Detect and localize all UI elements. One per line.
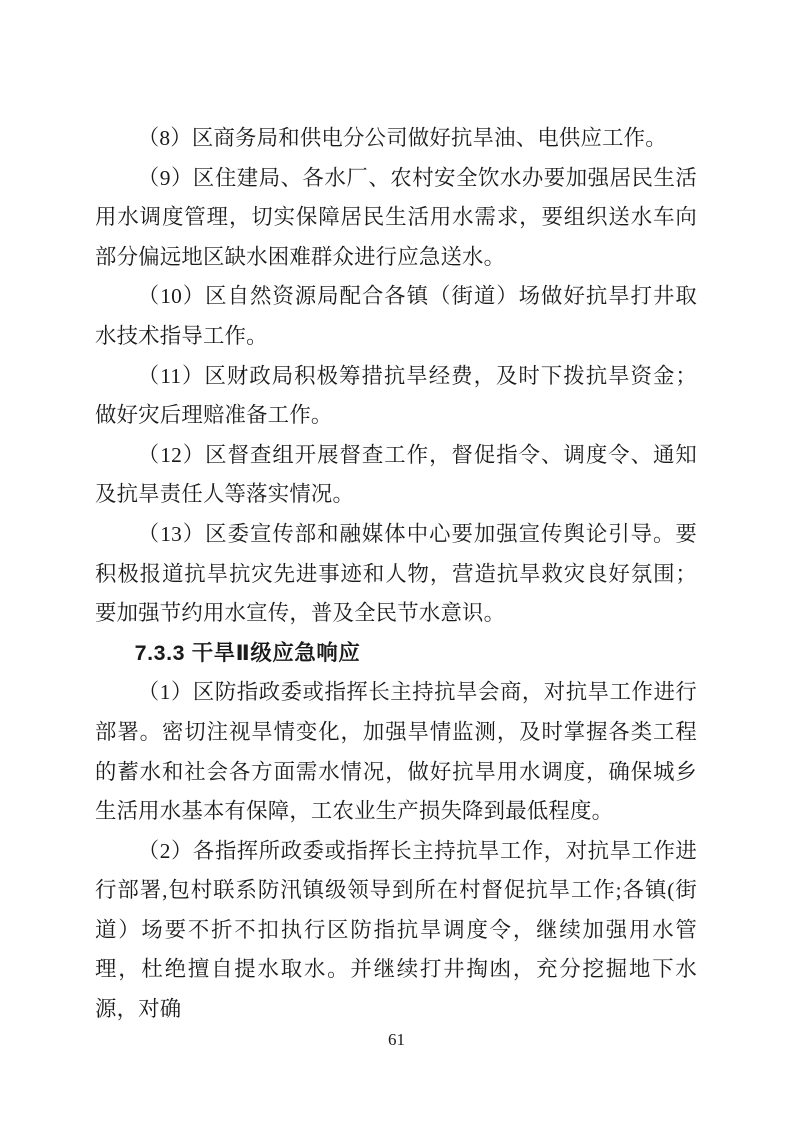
paragraph: （12）区督查组开展督查工作，督促指令、调度令、通知及抗旱责任人等落实情况。 [95,436,697,515]
paragraph: （2）各指挥所政委或指挥长主持抗旱工作，对抗旱工作进行部署,包村联系防汛镇级领导… [95,832,697,1030]
paragraph: （1）区防指政委或指挥长主持抗旱会商，对抗旱工作进行部署。密切注视旱情变化，加强… [95,673,697,831]
paragraph: （8）区商务局和供电分公司做好抗旱油、电供应工作。 [95,119,697,159]
section-heading: 7.3.3 干旱Ⅱ级应急响应 [95,634,697,674]
page-number: 61 [388,1030,405,1049]
paragraph: （9）区住建局、各水厂、农村安全饮水办要加强居民生活用水调度管理，切实保障居民生… [95,159,697,278]
document-body: （8）区商务局和供电分公司做好抗旱油、电供应工作。（9）区住建局、各水厂、农村安… [95,119,697,1030]
paragraph: （11）区财政局积极筹措抗旱经费，及时下拨抗旱资金；做好灾后理赔准备工作。 [95,357,697,436]
document-page: （8）区商务局和供电分公司做好抗旱油、电供应工作。（9）区住建局、各水厂、农村安… [0,0,793,1122]
paragraph: （13）区委宣传部和融媒体中心要加强宣传舆论引导。要积极报道抗旱抗灾先进事迹和人… [95,515,697,634]
paragraph: （10）区自然资源局配合各镇（街道）场做好抗旱打井取水技术指导工作。 [95,277,697,356]
page-footer: 61 [0,1028,793,1052]
